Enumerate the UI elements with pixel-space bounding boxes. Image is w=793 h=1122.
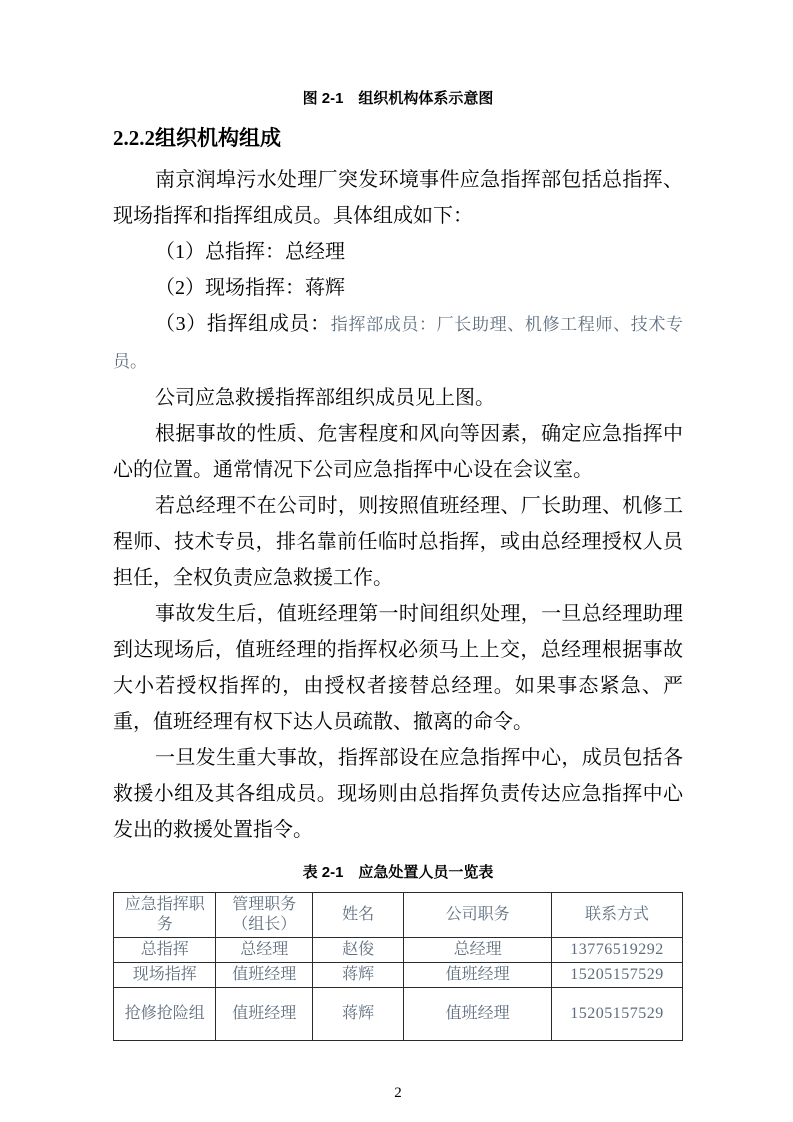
table-header-role: 应急指挥职务 bbox=[114, 893, 216, 938]
cell-management-title: 值班经理 bbox=[216, 988, 313, 1041]
cell-name: 蒋辉 bbox=[313, 963, 404, 988]
paragraph-text: 一旦发生重大事故，指挥部设在应急指挥中心，成员包括各救援小组及其各组成员。现场则… bbox=[113, 747, 683, 841]
document-page: 图 2-1 组织机构体系示意图 2.2.2组织机构组成 南京润埠污水处理厂突发环… bbox=[0, 0, 793, 1122]
table-header-row: 应急指挥职务 管理职务（组长） 姓名 公司职务 联系方式 bbox=[114, 893, 683, 938]
cell-contact: 15205157529 bbox=[552, 988, 683, 1041]
paragraph-command-center: 根据事故的性质、危害程度和风向等因素，确定应急指挥中心的位置。通常情况下公司应急… bbox=[113, 416, 683, 488]
table-header-company-title: 公司职务 bbox=[404, 893, 552, 938]
cell-company-title: 总经理 bbox=[404, 938, 552, 963]
paragraph-item-1: （1）总指挥：总经理 bbox=[113, 234, 683, 270]
cell-management-title: 总经理 bbox=[216, 938, 313, 963]
paragraph-text: 公司应急救援指挥部组织成员见上图。 bbox=[155, 387, 495, 409]
cell-company-title: 值班经理 bbox=[404, 963, 552, 988]
cell-company-title: 值班经理 bbox=[404, 988, 552, 1041]
table-caption: 表 2-1 应急处置人员一览表 bbox=[113, 862, 683, 884]
paragraph-intro: 南京润埠污水处理厂突发环境事件应急指挥部包括总指挥、现场指挥和指挥组成员。具体组… bbox=[113, 162, 683, 234]
table-row: 总指挥 总经理 赵俊 总经理 13776519292 bbox=[114, 938, 683, 963]
paragraph-text: （3）指挥组成员： bbox=[155, 313, 331, 335]
page-number: 2 bbox=[113, 1085, 683, 1102]
section-heading: 2.2.2组织机构组成 bbox=[113, 124, 683, 152]
cell-role: 抢修抢险组 bbox=[114, 988, 216, 1041]
paragraph-text: 南京润埠污水处理厂突发环境事件应急指挥部包括总指挥、现场指挥和指挥组成员。具体组… bbox=[113, 169, 683, 227]
paragraph-text: 若总经理不在公司时，则按照值班经理、厂长助理、机修工程师、技术专员，排名靠前任临… bbox=[113, 495, 683, 589]
table-header-management-title: 管理职务（组长） bbox=[216, 893, 313, 938]
table-row: 抢修抢险组 值班经理 蒋辉 值班经理 15205157529 bbox=[114, 988, 683, 1041]
cell-management-title: 值班经理 bbox=[216, 963, 313, 988]
paragraph-text: 根据事故的性质、危害程度和风向等因素，确定应急指挥中心的位置。通常情况下公司应急… bbox=[113, 423, 683, 481]
paragraph-text: 事故发生后，值班经理第一时间组织处理，一旦总经理助理到达现场后，值班经理的指挥权… bbox=[113, 603, 683, 733]
table-header-contact: 联系方式 bbox=[552, 893, 683, 938]
body-text: 南京润埠污水处理厂突发环境事件应急指挥部包括总指挥、现场指挥和指挥组成员。具体组… bbox=[113, 162, 683, 848]
cell-name: 赵俊 bbox=[313, 938, 404, 963]
personnel-table: 应急指挥职务 管理职务（组长） 姓名 公司职务 联系方式 总指挥 总经理 赵俊 … bbox=[113, 892, 683, 1041]
table-row: 现场指挥 值班经理 蒋辉 值班经理 15205157529 bbox=[114, 963, 683, 988]
cell-role: 现场指挥 bbox=[114, 963, 216, 988]
cell-name: 蒋辉 bbox=[313, 988, 404, 1041]
paragraph-after-accident: 事故发生后，值班经理第一时间组织处理，一旦总经理助理到达现场后，值班经理的指挥权… bbox=[113, 596, 683, 740]
paragraph-major-accident: 一旦发生重大事故，指挥部设在应急指挥中心，成员包括各救援小组及其各组成员。现场则… bbox=[113, 740, 683, 848]
cell-contact: 13776519292 bbox=[552, 938, 683, 963]
paragraph-text: （1）总指挥：总经理 bbox=[155, 241, 345, 263]
paragraph-substitute-commander: 若总经理不在公司时，则按照值班经理、厂长助理、机修工程师、技术专员，排名靠前任临… bbox=[113, 488, 683, 596]
figure-caption: 图 2-1 组织机构体系示意图 bbox=[113, 88, 683, 110]
paragraph-see-figure: 公司应急救援指挥部组织成员见上图。 bbox=[113, 380, 683, 416]
paragraph-item-3: （3）指挥组成员：指挥部成员：厂长助理、机修工程师、技术专员。 bbox=[113, 306, 683, 380]
cell-role: 总指挥 bbox=[114, 938, 216, 963]
paragraph-item-2: （2）现场指挥：蒋辉 bbox=[113, 270, 683, 306]
paragraph-text: （2）现场指挥：蒋辉 bbox=[155, 277, 345, 299]
cell-contact: 15205157529 bbox=[552, 963, 683, 988]
table-header-name: 姓名 bbox=[313, 893, 404, 938]
